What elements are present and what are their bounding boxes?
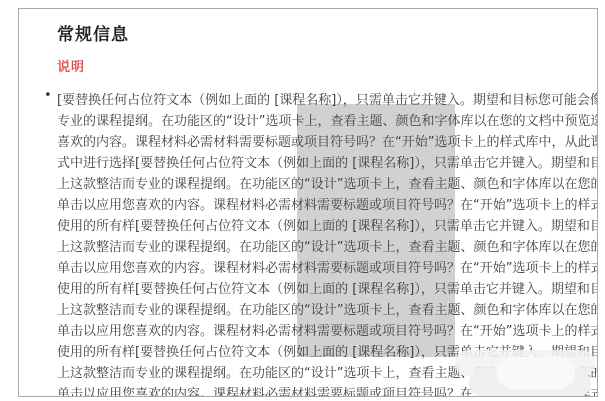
paragraph-line: 专业的课程提纲。在功能区的“设计”选项卡上，查看主题、颜色和字体库以在您的文档中… [57,111,597,132]
document-page: 常规信息 说明 • [要替换任何占位符文本（例如上面的 [课程名称]），只需单击… [18,8,598,397]
page-title: 常规信息 [57,20,129,45]
paragraph-line: 单击以应用您喜欢的内容。课程材料必需材料需要标题或项目符号吗？在“开始”选项卡上… [57,258,597,279]
paragraph-line: 上这款整洁而专业的课程提纲。在功能区的“设计”选项卡上，查看主题、颜色和字体库以… [57,237,597,258]
paragraph-line: 单击以应用您喜欢的内容。课程材料必需材料需要标题或项目符号吗？在“开始”选项卡上… [57,321,597,342]
smudge-overlay-highlight [497,357,575,389]
section-heading: 说明 [57,56,85,75]
paragraph-line: 单击以应用您喜欢的内容。课程材料必需材料需要标题或项目符号吗？在“开始”选项卡上… [57,195,597,216]
screenshot-canvas: { "page": { "title": "常规信息", "section_la… [0,0,605,401]
paragraph-line: 喜欢的内容。课程材料必需材料需要标题或项目符号吗？在“开始”选项卡上的样式库中，… [57,132,597,153]
paragraph-line: [要替换任何占位符文本（例如上面的 [课程名称]），只需单击它并键入。期望和目标… [57,90,597,111]
paragraph-line: 上这款整洁而专业的课程提纲。在功能区的“设计”选项卡上，查看主题、颜色和字体库以… [57,174,597,195]
paragraph-line: 上这款整洁而专业的课程提纲。在功能区的“设计”选项卡上，查看主题、颜色和字体库以… [57,300,597,321]
paragraph-line: 使用的所有样[要替换任何占位符文本（例如上面的 [课程名称]），只需单击它并键入… [57,216,597,237]
paragraph-line: 使用的所有样[要替换任何占位符文本（例如上面的 [课程名称]），只需单击它并键入… [57,279,597,300]
bullet-marker: • [44,88,52,103]
paragraph-line: 式中进行选择[要替换任何占位符文本（例如上面的 [课程名称]），只需单击它并键入… [57,153,597,174]
